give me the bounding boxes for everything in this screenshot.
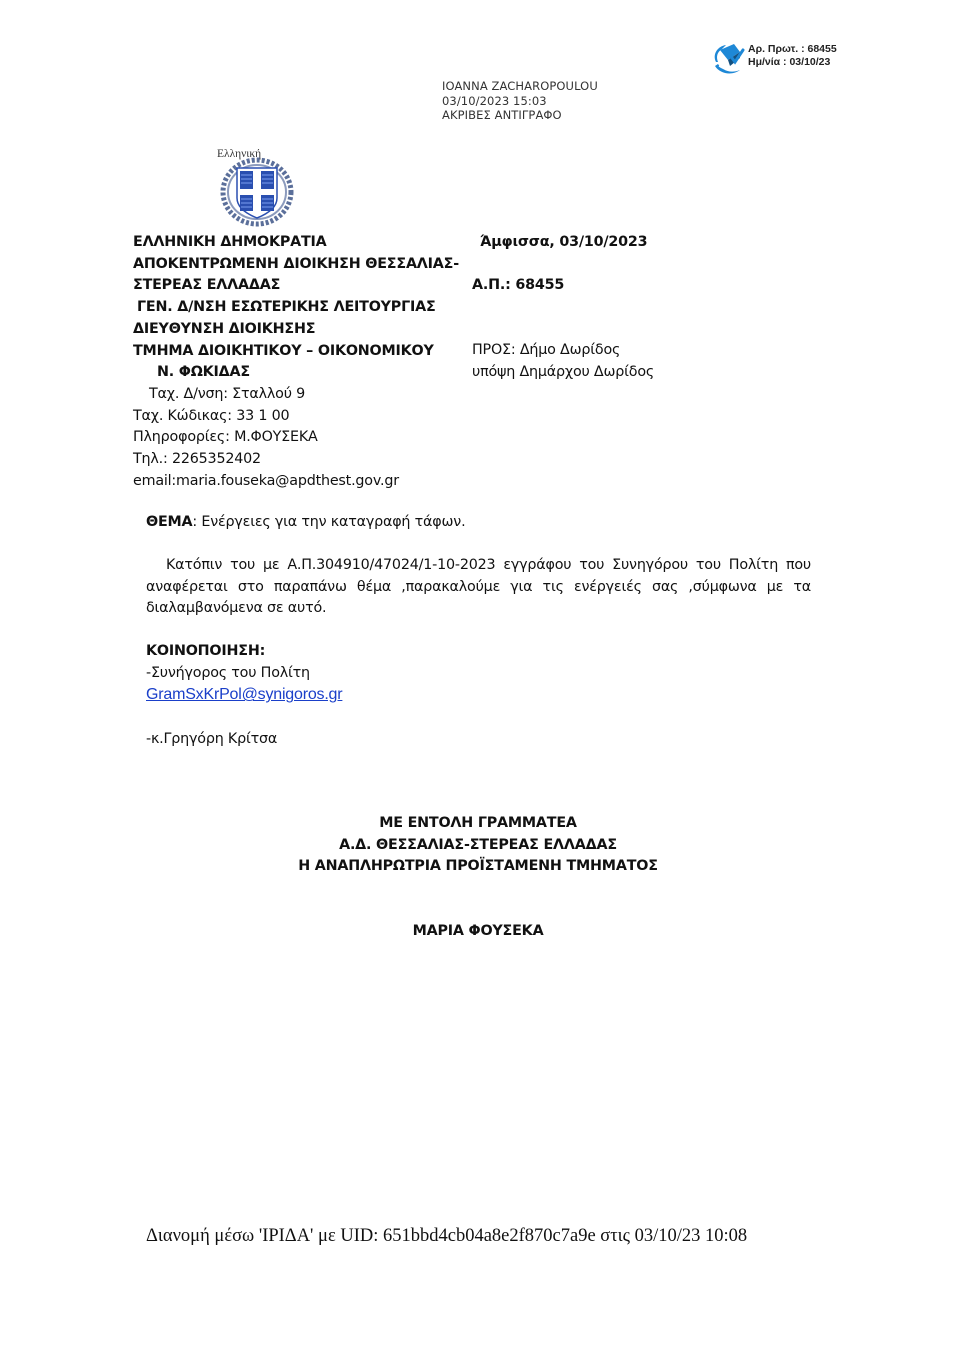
cc-recipient-email-link[interactable]: GramSxKrPol@synigoros.gr bbox=[146, 686, 342, 703]
cc-title: ΚΟΙΝΟΠΟΙΗΣΗ: bbox=[146, 641, 342, 663]
signoff-line: Η ΑΝΑΠΛΗΡΩΤΡΙΑ ΠΡΟΪΣΤΑΜΕΝΗ ΤΜΗΜΑΤΟΣ bbox=[0, 856, 956, 878]
greek-emblem: Ελληνική bbox=[213, 148, 299, 228]
sender-line: ΤΜΗΜΑ ΔΙΟΙΚΗΤΙΚΟΥ – ΟΙΚΟΝΟΜΙΚΟΥ bbox=[133, 341, 459, 363]
place-date: Άμφισσα, 03/10/2023 bbox=[472, 232, 654, 254]
sender-line: ΕΛΛΗΝΙΚΗ ΔΗΜΟΚΡΑΤΙΑ bbox=[133, 232, 459, 254]
greek-coat-of-arms-icon bbox=[213, 148, 299, 228]
sender-line: ΣΤΕΡΕΑΣ ΕΛΛΑΔΑΣ bbox=[133, 275, 459, 297]
subject-label: ΘΕΜΑ bbox=[146, 514, 192, 530]
signature-name: IOANNA ZACHAROPOULOU bbox=[442, 79, 598, 94]
signature-note: ΑΚΡΙΒΕΣ ΑΝΤΙΓΡΑΦΟ bbox=[442, 108, 598, 123]
sender-line: Ν. ΦΩΚΙΔΑΣ bbox=[133, 362, 459, 384]
recipient-line: ΠΡΟΣ: Δήμο Δωρίδος bbox=[472, 340, 654, 362]
document-meta: Άμφισσα, 03/10/2023 Α.Π.: 68455 ΠΡΟΣ: Δή… bbox=[472, 232, 654, 384]
signoff-line: ΜΕ ΕΝΤΟΛΗ ΓΡΑΜΜΑΤΕΑ bbox=[0, 813, 956, 835]
sender-block: ΕΛΛΗΝΙΚΗ ΔΗΜΟΚΡΑΤΙΑ ΑΠΟΚΕΝΤΡΩΜΕΝΗ ΔΙΟΙΚΗ… bbox=[133, 232, 459, 492]
sender-info: Πληροφορίες: Μ.ΦΟΥΣΕΚΑ bbox=[133, 427, 459, 449]
sender-line: ΑΠΟΚΕΝΤΡΩΜΕΝΗ ΔΙΟΙΚΗΣΗ ΘΕΣΣΑΛΙΑΣ- bbox=[133, 254, 459, 276]
signature-timestamp: 03/10/2023 15:03 bbox=[442, 94, 598, 109]
sender-email: email:maria.fouseka@apdthest.gov.gr bbox=[133, 471, 459, 493]
sender-postal-code: Ταχ. Κώδικας: 33 1 00 bbox=[133, 406, 459, 428]
sender-line: ΔΙΕΥΘΥΝΣΗ ΔΙΟΙΚΗΣΗΣ bbox=[133, 319, 459, 341]
subject-line: ΘΕΜΑ: Ενέργειες για την καταγραφή τάφων. bbox=[146, 512, 465, 534]
protocol-date: Ημ/νία : 03/10/23 bbox=[748, 56, 837, 69]
signoff-block: ΜΕ ΕΝΤΟΛΗ ΓΡΑΜΜΑΤΕΑ Α.Δ. ΘΕΣΣΑΛΙΑΣ-ΣΤΕΡΕ… bbox=[0, 813, 956, 878]
recipient-attention: υπόψη Δημάρχου Δωρίδος bbox=[472, 362, 654, 384]
signer-name: ΜΑΡΙΑ ΦΟΥΣΕΚΑ bbox=[0, 921, 956, 943]
protocol-stamp: Αρ. Πρωτ. : 68455 Ημ/νία : 03/10/23 bbox=[710, 40, 910, 80]
distribution-footer: Διανομή μέσω 'ΙΡΙΔΑ' με UID: 651bbd4cb04… bbox=[146, 1226, 747, 1247]
cc-recipient: -κ.Γρηγόρη Κρίτσα bbox=[146, 729, 342, 751]
sender-address: Ταχ. Δ/νση: Σταλλού 9 bbox=[133, 384, 459, 406]
protocol-stamp-logo-icon bbox=[710, 40, 746, 78]
digital-signature: IOANNA ZACHAROPOULOU 03/10/2023 15:03 ΑΚ… bbox=[442, 79, 598, 123]
signoff-line: Α.Δ. ΘΕΣΣΑΛΙΑΣ-ΣΤΕΡΕΑΣ ΕΛΛΑΔΑΣ bbox=[0, 835, 956, 857]
protocol-number-label: Α.Π.: 68455 bbox=[472, 275, 654, 297]
protocol-number: Αρ. Πρωτ. : 68455 bbox=[748, 43, 837, 56]
cc-recipient: -Συνήγορος του Πολίτη bbox=[146, 663, 342, 685]
sender-phone: Τηλ.: 2265352402 bbox=[133, 449, 459, 471]
body-paragraph: Κατόπιν του με Α.Π.304910/47024/1-10-202… bbox=[146, 555, 811, 620]
subject-text: : Ενέργειες για την καταγραφή τάφων. bbox=[192, 514, 465, 530]
cc-block: ΚΟΙΝΟΠΟΙΗΣΗ: -Συνήγορος του Πολίτη GramS… bbox=[146, 641, 342, 751]
sender-line: ΓΕΝ. Δ/ΝΣΗ ΕΣΩΤΕΡΙΚΗΣ ΛΕΙΤΟΥΡΓΙΑΣ bbox=[133, 297, 459, 319]
body: Κατόπιν του με Α.Π.304910/47024/1-10-202… bbox=[146, 555, 811, 620]
